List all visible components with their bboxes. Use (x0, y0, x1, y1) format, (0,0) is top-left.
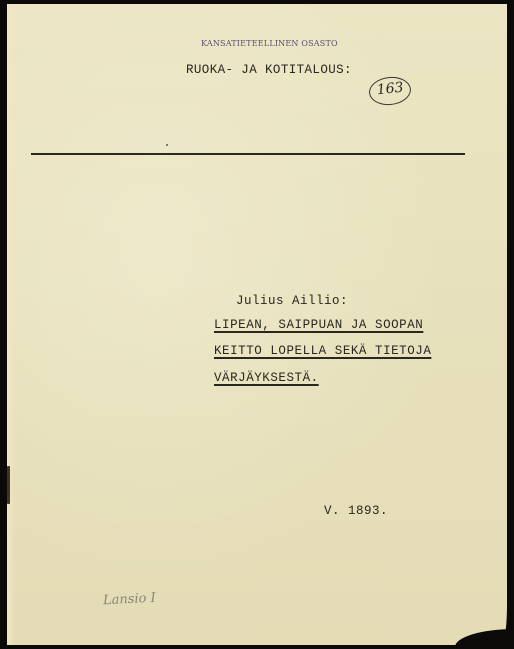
year: V. 1893. (324, 504, 388, 518)
binding-mark (7, 466, 10, 504)
document-page: KANSATIETEELLINEN OSASTO RUOKA- JA KOTIT… (7, 4, 507, 645)
author-name: Julius Aillio: (236, 294, 348, 308)
page-edge (7, 4, 15, 645)
page-corner-curl (455, 629, 514, 649)
handwritten-note: Lansio I (103, 591, 156, 609)
title-line-2: KEITTO LOPELLA SEKÄ TIETOJA (214, 344, 431, 358)
title-line-1: LIPEAN, SAIPPUAN JA SOOPAN (214, 318, 423, 332)
archive-stamp: KANSATIETEELLINEN OSASTO (201, 39, 338, 48)
section-heading: RUOKA- JA KOTITALOUS: (186, 63, 352, 77)
horizontal-rule (31, 153, 465, 155)
reference-number-circle: 163 (368, 75, 413, 107)
reference-number: 163 (376, 80, 404, 99)
title-line-3: VÄRJÄYKSESTÄ. (214, 371, 319, 385)
ink-speck (166, 144, 168, 146)
